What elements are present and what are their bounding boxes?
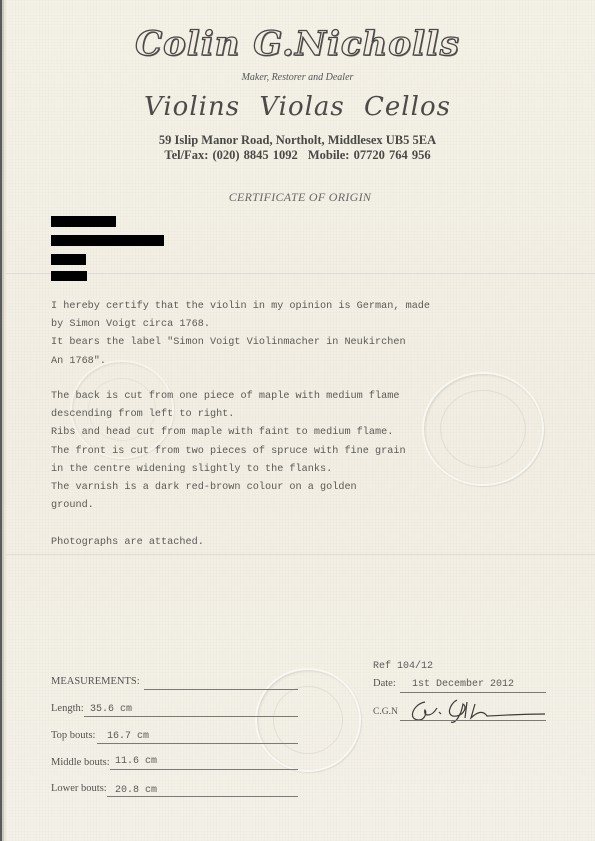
middle-bouts-rule [110, 769, 298, 770]
telfax: Tel/Fax: (020) 8845 1092 [164, 148, 297, 162]
letterhead-name: Colin G.Nicholls [0, 24, 595, 64]
instrument-cellos: Cellos [364, 92, 451, 122]
lower-bouts-value: 20.8 cm [115, 785, 157, 796]
text-line: An 1768". [51, 353, 430, 371]
length-rule [84, 716, 298, 717]
measurements-rule [144, 689, 298, 690]
length-value: 35.6 cm [90, 704, 132, 715]
mobile: Mobile: 07720 764 956 [308, 148, 431, 162]
paper-fold [6, 553, 595, 556]
text-line: It bears the label "Simon Voigt Violinma… [51, 334, 430, 352]
lower-bouts-rule [107, 796, 298, 797]
embossed-seal-icon [422, 372, 544, 486]
document-title: CERTIFICATE OF ORIGIN [0, 190, 595, 205]
signature-label: C.G.N [373, 707, 398, 717]
attachments-note: Photographs are attached. [51, 534, 204, 552]
letterhead-address: 59 Islip Manor Road, Northolt, Middlesex… [0, 133, 595, 148]
signature-rule [400, 720, 546, 721]
embossed-seal-icon [255, 668, 361, 772]
date-rule [400, 692, 546, 693]
date-label: Date: [373, 678, 396, 689]
letterhead-tagline: Maker, Restorer and Dealer [0, 72, 595, 83]
text-line: The back is cut from one piece of maple … [51, 388, 406, 406]
top-bouts-value: 16.7 cm [107, 731, 149, 742]
text-line: by Simon Voigt circa 1768. [51, 316, 430, 334]
top-bouts-rule [97, 743, 298, 744]
measurements-heading: MEASUREMENTS: [51, 676, 140, 687]
text-line: descending from left to right. [51, 406, 406, 424]
letterhead-phone: Tel/Fax: (020) 8845 1092Mobile: 07720 76… [0, 148, 595, 163]
reference-number: Ref 104/12 [373, 661, 433, 672]
certification-paragraph: I hereby certify that the violin in my o… [51, 298, 430, 371]
text-line: in the centre widening slightly to the f… [51, 461, 406, 479]
text-line: Ribs and head cut from maple with faint … [51, 424, 406, 442]
text-line: The front is cut from two pieces of spru… [51, 443, 406, 461]
text-line: I hereby certify that the violin in my o… [51, 298, 430, 316]
signature-icon [405, 696, 555, 726]
instrument-violins: Violins [144, 92, 240, 122]
lower-bouts-label: Lower bouts: [51, 783, 107, 794]
redacted-line [51, 271, 87, 281]
middle-bouts-value: 11.6 cm [115, 756, 157, 767]
date-value: 1st December 2012 [412, 679, 514, 690]
top-bouts-label: Top bouts: [51, 730, 95, 741]
redacted-line [51, 254, 86, 265]
instrument-violas: Violas [259, 92, 344, 122]
redacted-line [51, 216, 116, 227]
description-paragraph: The back is cut from one piece of maple … [51, 388, 406, 515]
length-label: Length: [51, 703, 84, 714]
letterhead-instruments: Violins Violas Cellos [0, 92, 595, 122]
text-line: The varnish is a dark red-brown colour o… [51, 479, 406, 497]
text-line: ground. [51, 497, 406, 515]
redacted-line [51, 235, 164, 246]
paper-fold [6, 272, 595, 275]
middle-bouts-label: Middle bouts: [51, 757, 110, 768]
